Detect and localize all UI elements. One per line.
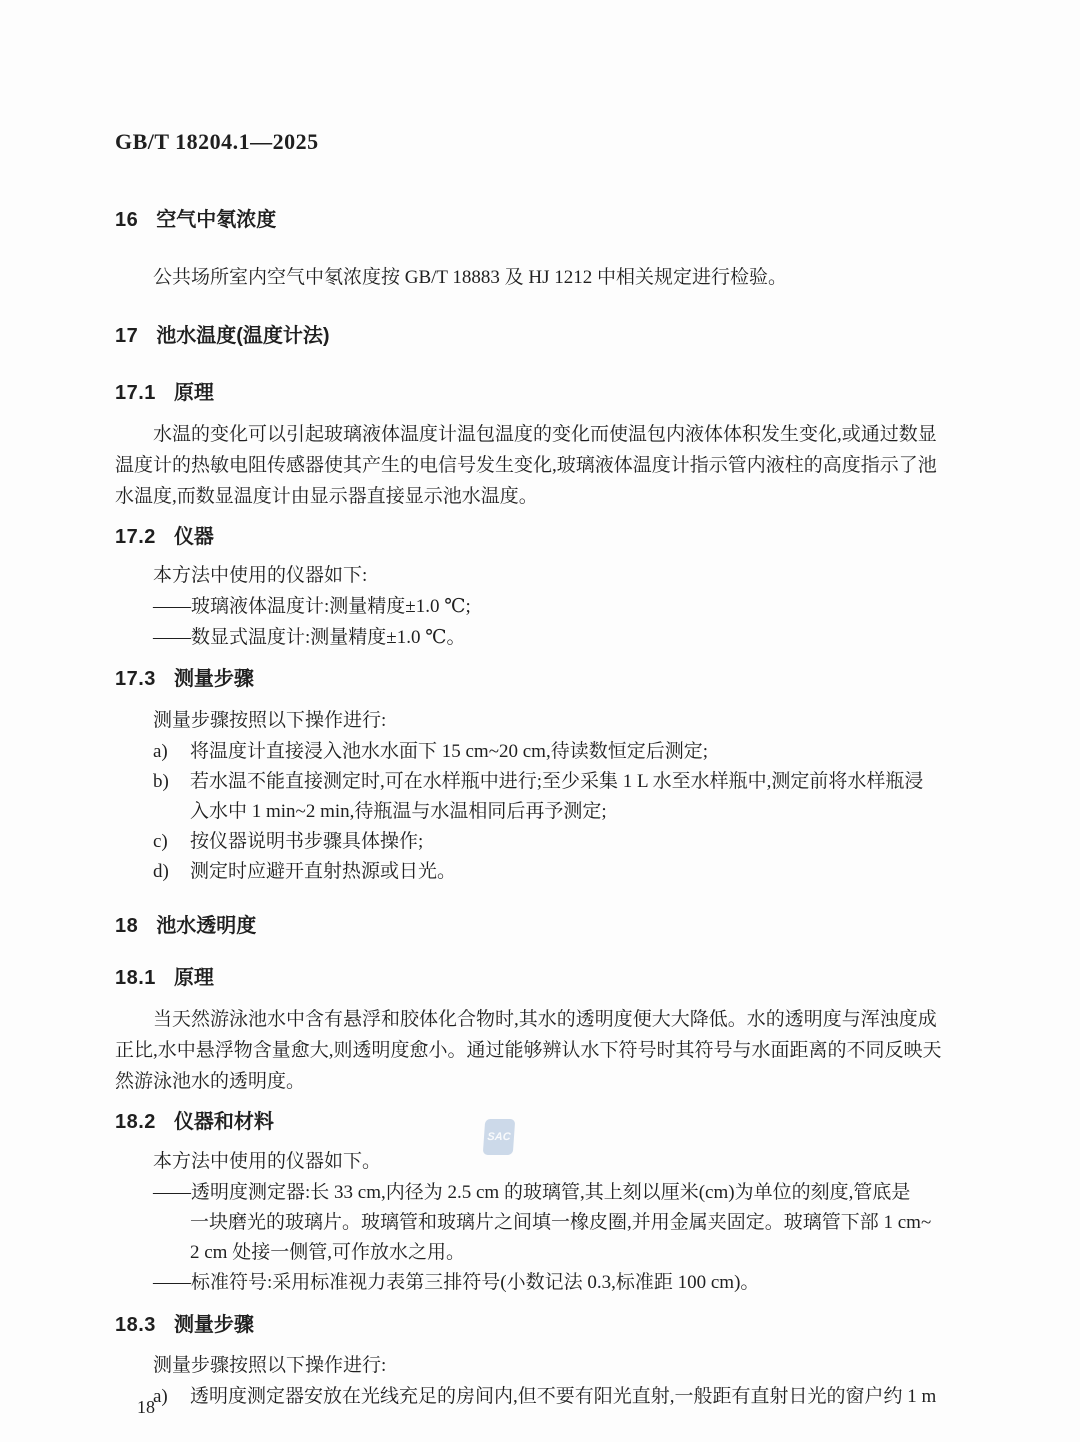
clause-17-2-heading: 17.2仪器	[115, 522, 967, 552]
clause-title: 仪器和材料	[174, 1111, 274, 1133]
clause-17-1-paragraph: 水温的变化可以引起玻璃液体温度计温包温度的变化而使温包内液体体积发生变化,或通过…	[115, 419, 967, 512]
clause-number: 18.3	[115, 1314, 156, 1336]
clause-18-2-heading: 18.2仪器和材料	[115, 1107, 967, 1137]
section-18-heading: 18池水透明度	[115, 911, 967, 941]
list-item-text: 按仪器说明书步骤具体操作;	[190, 831, 423, 852]
section-16-heading: 16空气中氡浓度	[115, 205, 967, 235]
list-item-label: d)	[153, 857, 190, 887]
list-item-text: 若水温不能直接测定时,可在水样瓶中进行;至少采集 1 L 水至水样瓶中,测定前将…	[190, 771, 923, 792]
list-item-b: b)若水温不能直接测定时,可在水样瓶中进行;至少采集 1 L 水至水样瓶中,测定…	[115, 767, 967, 797]
section-17-heading: 17池水温度(温度计法)	[115, 321, 967, 351]
list-intro: 本方法中使用的仪器如下。	[115, 1147, 967, 1177]
dash-list-item-continued: 一块磨光的玻璃片。玻璃管和玻璃片之间填一橡皮圈,并用金属夹固定。玻璃管下部 1 …	[115, 1208, 967, 1238]
section-title: 池水透明度	[156, 915, 256, 937]
dash-list-item: ——玻璃液体温度计:测量精度±1.0 ℃;	[115, 592, 967, 622]
clause-title: 测量步骤	[174, 668, 254, 690]
clause-number: 17.3	[115, 668, 156, 690]
list-intro: 测量步骤按照以下操作进行:	[115, 1351, 967, 1381]
page-content: GB/T 18204.1—2025 16空气中氡浓度 公共场所室内空气中氡浓度按…	[115, 0, 967, 1412]
sac-watermark-badge: SAC	[483, 1119, 516, 1155]
list-item-b-continued: 入水中 1 min~2 min,待瓶温与水温相同后再予测定;	[115, 797, 967, 827]
section-number: 18	[115, 915, 138, 937]
section-number: 16	[115, 209, 138, 231]
list-item-c: c)按仪器说明书步骤具体操作;	[115, 827, 967, 857]
section-title: 池水温度(温度计法)	[156, 325, 329, 347]
dash-list-item: ——透明度测定器:长 33 cm,内径为 2.5 cm 的玻璃管,其上刻以厘米(…	[115, 1178, 967, 1208]
standard-code: GB/T 18204.1—2025	[115, 127, 967, 157]
list-item-text: 透明度测定器安放在光线充足的房间内,但不要有阳光直射,一般距有直射日光的窗户约 …	[190, 1386, 936, 1407]
dash-list-item: ——数显式温度计:测量精度±1.0 ℃。	[115, 623, 967, 653]
page-number: 18	[137, 1392, 155, 1422]
paragraph-line: 温度计的热敏电阻传感器使其产生的电信号发生变化,玻璃液体温度计指示管内液柱的高度…	[115, 450, 967, 481]
list-item-label: c)	[153, 827, 190, 857]
paragraph-line: 水温度,而数显温度计由显示器直接显示池水温度。	[115, 481, 967, 512]
clause-title: 原理	[174, 382, 214, 404]
clause-title: 仪器	[174, 526, 214, 548]
list-intro: 本方法中使用的仪器如下:	[115, 561, 967, 591]
document-page: GB/T 18204.1—2025 16空气中氡浓度 公共场所室内空气中氡浓度按…	[0, 0, 1080, 1442]
dash-list-item: ——标准符号:采用标准视力表第三排符号(小数记法 0.3,标准距 100 cm)…	[115, 1268, 967, 1298]
paragraph-line: 公共场所室内空气中氡浓度按 GB/T 18883 及 HJ 1212 中相关规定…	[115, 263, 967, 293]
clause-number: 17.1	[115, 382, 156, 404]
list-intro: 测量步骤按照以下操作进行:	[115, 706, 967, 736]
paragraph-line: 正比,水中悬浮物含量愈大,则透明度愈小。通过能够辨认水下符号时其符号与水面距离的…	[115, 1035, 967, 1066]
clause-18-1-heading: 18.1原理	[115, 963, 967, 993]
clause-18-1-paragraph: 当天然游泳池水中含有悬浮和胶体化合物时,其水的透明度便大大降低。水的透明度与浑浊…	[115, 1004, 967, 1097]
list-item-a: a)透明度测定器安放在光线充足的房间内,但不要有阳光直射,一般距有直射日光的窗户…	[115, 1382, 967, 1412]
section-title: 空气中氡浓度	[156, 209, 276, 231]
list-item-text: 测定时应避开直射热源或日光。	[190, 861, 456, 882]
paragraph-line: 当天然游泳池水中含有悬浮和胶体化合物时,其水的透明度便大大降低。水的透明度与浑浊…	[115, 1004, 967, 1035]
list-item-a: a)将温度计直接浸入池水水面下 15 cm~20 cm,待读数恒定后测定;	[115, 737, 967, 767]
clause-title: 测量步骤	[174, 1314, 254, 1336]
paragraph-line: 然游泳池水的透明度。	[115, 1066, 967, 1097]
list-item-label: a)	[153, 1382, 190, 1412]
clause-18-3-heading: 18.3测量步骤	[115, 1310, 967, 1340]
list-item-label: a)	[153, 737, 190, 767]
clause-number: 18.1	[115, 967, 156, 989]
list-item-text: 将温度计直接浸入池水水面下 15 cm~20 cm,待读数恒定后测定;	[190, 741, 708, 762]
clause-17-1-heading: 17.1原理	[115, 378, 967, 408]
clause-number: 18.2	[115, 1111, 156, 1133]
clause-title: 原理	[174, 967, 214, 989]
list-item-d: d)测定时应避开直射热源或日光。	[115, 857, 967, 887]
list-item-label: b)	[153, 767, 190, 797]
dash-list-item-continued: 2 cm 处接一侧管,可作放水之用。	[115, 1238, 967, 1268]
section-number: 17	[115, 325, 138, 347]
clause-17-3-heading: 17.3测量步骤	[115, 664, 967, 694]
clause-number: 17.2	[115, 526, 156, 548]
paragraph-line: 水温的变化可以引起玻璃液体温度计温包温度的变化而使温包内液体体积发生变化,或通过…	[115, 419, 967, 450]
